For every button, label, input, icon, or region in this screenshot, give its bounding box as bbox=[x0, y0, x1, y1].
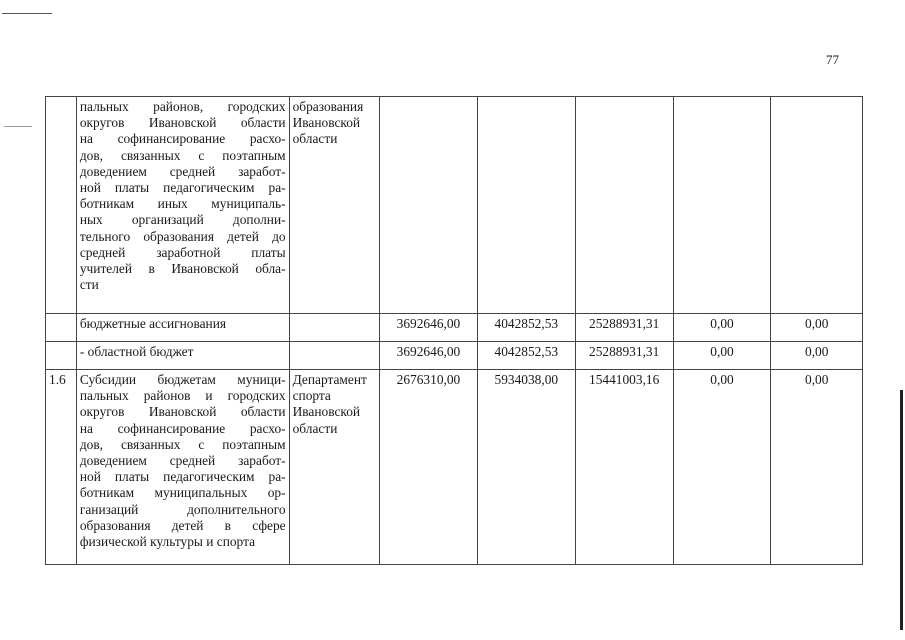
value-cell: 4042852,53 bbox=[477, 314, 575, 342]
value-cell bbox=[673, 97, 771, 314]
value-cell: 0,00 bbox=[771, 342, 863, 370]
value-cell: 25288931,31 bbox=[575, 314, 673, 342]
text-line: Ивановской bbox=[293, 404, 376, 420]
value-cell: 3692646,00 bbox=[380, 342, 478, 370]
row-index: 1.6 bbox=[46, 370, 77, 565]
text-line: ной платы педагогическим ра- bbox=[80, 180, 286, 196]
text-line: спорта bbox=[293, 388, 376, 404]
value-cell: 0,00 bbox=[673, 314, 771, 342]
value-cell: 0,00 bbox=[771, 370, 863, 565]
text-line: области bbox=[293, 131, 376, 147]
value-cell: 4042852,53 bbox=[477, 342, 575, 370]
text-line: ботникам муниципальных ор- bbox=[80, 485, 286, 501]
table-row: пальных районов, городскихокругов Иванов… bbox=[46, 97, 863, 314]
text-line: доведением средней заработ- bbox=[80, 164, 286, 180]
value-cell bbox=[477, 97, 575, 314]
table-row: 1.6 Субсидии бюджетам муници-пальных рай… bbox=[46, 370, 863, 565]
value-cell bbox=[380, 97, 478, 314]
text-line: сти bbox=[80, 277, 286, 293]
text-line: пальных районов, городских bbox=[80, 99, 286, 115]
value-cell: 0,00 bbox=[673, 370, 771, 565]
row-description: Субсидии бюджетам муници-пальных районов… bbox=[76, 370, 289, 565]
text-line: образования bbox=[293, 99, 376, 115]
budget-table: пальных районов, городскихокругов Иванов… bbox=[45, 96, 863, 565]
row-description: бюджетные ассигнования bbox=[76, 314, 289, 342]
row-executor bbox=[289, 342, 379, 370]
text-line: на софинансирование расхо- bbox=[80, 131, 286, 147]
text-line: доведением средней заработ- bbox=[80, 453, 286, 469]
text-line: Ивановской bbox=[293, 115, 376, 131]
scan-artifact-line bbox=[2, 13, 52, 14]
scan-edge bbox=[900, 390, 903, 630]
value-cell bbox=[575, 97, 673, 314]
text-line: дов, связанных с поэтапным bbox=[80, 148, 286, 164]
row-index bbox=[46, 342, 77, 370]
value-cell: 15441003,16 bbox=[575, 370, 673, 565]
text-line: ной платы педагогическим ра- bbox=[80, 469, 286, 485]
row-executor: ДепартаментспортаИвановскойобласти bbox=[289, 370, 379, 565]
value-cell: 3692646,00 bbox=[380, 314, 478, 342]
text-line: физической культуры и спорта bbox=[80, 534, 286, 550]
row-description: пальных районов, городскихокругов Иванов… bbox=[76, 97, 289, 314]
page-number: 77 bbox=[826, 52, 839, 68]
table-row: бюджетные ассигнования 3692646,00 404285… bbox=[46, 314, 863, 342]
value-cell bbox=[771, 97, 863, 314]
value-cell: 25288931,31 bbox=[575, 342, 673, 370]
text-line: Департамент bbox=[293, 372, 376, 388]
text-line: округов Ивановской области bbox=[80, 404, 286, 420]
text-line: округов Ивановской области bbox=[80, 115, 286, 131]
scan-artifact-line bbox=[4, 126, 32, 127]
text-line: образования детей в сфере bbox=[80, 518, 286, 534]
text-line: ганизаций дополнительного bbox=[80, 502, 286, 518]
table-row: - областной бюджет 3692646,00 4042852,53… bbox=[46, 342, 863, 370]
value-cell: 2676310,00 bbox=[380, 370, 478, 565]
text-line: на софинансирование расхо- bbox=[80, 421, 286, 437]
text-line: Субсидии бюджетам муници- bbox=[80, 372, 286, 388]
row-executor bbox=[289, 314, 379, 342]
row-description: - областной бюджет bbox=[76, 342, 289, 370]
text-line: ботникам иных муниципаль- bbox=[80, 196, 286, 212]
text-line: пальных районов и городских bbox=[80, 388, 286, 404]
text-line: ных организаций дополни- bbox=[80, 212, 286, 228]
row-index bbox=[46, 314, 77, 342]
row-index bbox=[46, 97, 77, 314]
text-line: средней заработной платы bbox=[80, 245, 286, 261]
value-cell: 0,00 bbox=[673, 342, 771, 370]
text-line: учителей в Ивановской обла- bbox=[80, 261, 286, 277]
text-line: тельного образования детей до bbox=[80, 229, 286, 245]
text-line: дов, связанных с поэтапным bbox=[80, 437, 286, 453]
text-line: области bbox=[293, 421, 376, 437]
value-cell: 0,00 bbox=[771, 314, 863, 342]
value-cell: 5934038,00 bbox=[477, 370, 575, 565]
row-executor: образованияИвановскойобласти bbox=[289, 97, 379, 314]
